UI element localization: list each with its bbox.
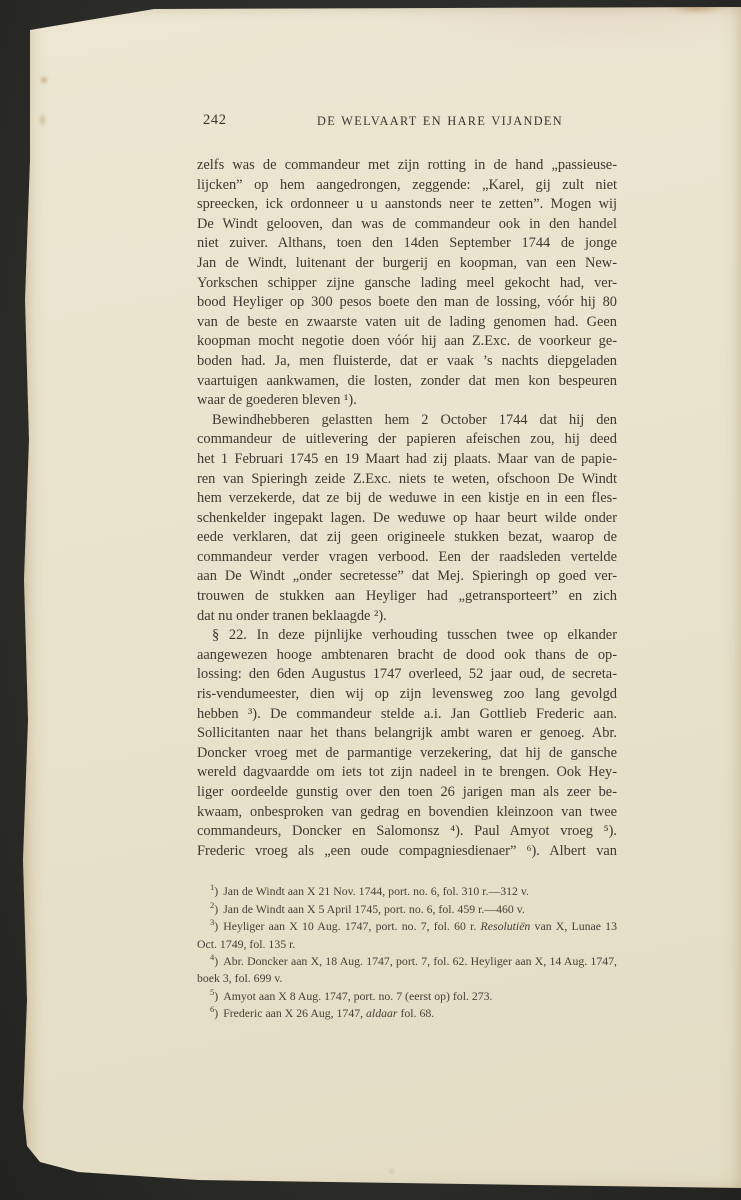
running-title: DE WELVAART EN HARE VIJANDEN (317, 114, 563, 129)
text-line: ris-vendumeester, dien wij op zijn leven… (197, 685, 617, 705)
text-line: Doncker vroeg met de parmantige verzeker… (197, 744, 617, 764)
text-line: Jan de Windt, luitenant der burgerij en … (197, 254, 617, 274)
text-line: § 22. In deze pijnlijke verhouding tussc… (197, 626, 617, 646)
age-spot (106, 1174, 114, 1181)
paragraph: § 22. In deze pijnlijke verhouding tussc… (197, 626, 617, 861)
text-line: Bewindhebberen gelastten hem 2 October 1… (197, 411, 617, 431)
footnote-text: boek 3, fol. 699 v. (197, 971, 282, 985)
text-line: Yorkschen schipper zijne gansche lading … (197, 274, 617, 294)
text-line: dat nu onder tranen beklaagde ²). (197, 607, 617, 627)
text-line: vaartuigen aankwamen, die losten, zonder… (197, 372, 617, 392)
text-line: ren van Spieringh zeide Z.Exc. niets te … (197, 470, 617, 490)
footnote-text: Abr. Doncker aan X, 18 Aug. 1747, port. … (223, 954, 617, 968)
footnote-line: Oct. 1749, fol. 135 r. (197, 936, 617, 953)
text-line: aan De Windt „onder secretesse” dat Mej.… (197, 567, 617, 587)
text-line: zelfs was de commandeur met zijn rotting… (197, 156, 617, 176)
text-line: Frederic vroeg als „een oude compagniesd… (197, 842, 617, 862)
footnote-text: Jan de Windt aan X 21 Nov. 1744, port. n… (223, 884, 529, 898)
footnote-marker: 3) (210, 919, 218, 933)
footnote-line: boek 3, fol. 699 v. (197, 970, 617, 987)
age-spot (215, 1183, 220, 1188)
footnotes: 1)Jan de Windt aan X 21 Nov. 1744, port.… (197, 883, 617, 1022)
text-line: koopman mocht negotie doen vóór hij aan … (197, 332, 617, 352)
text-line: commandeur de uitlevering der papieren a… (197, 430, 617, 450)
text-line: lijcken” op hem aangedrongen, zeggende: … (197, 176, 617, 196)
footnote-line: 6)Frederic aan X 26 Aug, 1747, aldaar fo… (197, 1005, 617, 1022)
text-line: niet zuiver. Althans, toen den 14den Sep… (197, 234, 617, 254)
text-line: wereld dagvaardde om iets tot zijn nadee… (197, 763, 617, 783)
text-line: boden had. Ja, men fluisterde, dat er va… (197, 352, 617, 372)
scanned-book-page: 242 DE WELVAART EN HARE VIJANDEN zelfs w… (0, 0, 741, 1200)
text-line: het 1 Februari 1745 en 19 Maart had zij … (197, 450, 617, 470)
text-line: Sollicitanten naar het thans belangrijk … (197, 724, 617, 744)
footnote-italic-text: Resolutiën (481, 919, 531, 933)
footnote-text: Jan de Windt aan X 5 April 1745, port. n… (223, 902, 525, 916)
footnote-italic-text: aldaar (366, 1006, 397, 1020)
text-line: hem verzekerde, dat ze bij de weduwe in … (197, 489, 617, 509)
text-line: aangewezen hooge ambtenaren bracht de do… (197, 646, 617, 666)
text-line: lossing: den 6den Augustus 1747 overleed… (197, 665, 617, 685)
page-header: 242 DE WELVAART EN HARE VIJANDEN (197, 112, 617, 130)
footnote-text: Heyliger aan X 10 Aug. 1747, port. no. 7… (223, 919, 480, 933)
paragraph: Bewindhebberen gelastten hem 2 October 1… (197, 411, 617, 627)
footnote-line: 3)Heyliger aan X 10 Aug. 1747, port. no.… (197, 918, 617, 935)
body-text: zelfs was de commandeur met zijn rotting… (197, 156, 617, 861)
footnote-line: 2)Jan de Windt aan X 5 April 1745, port.… (197, 901, 617, 918)
text-line: van de beste en zwaarste vaten uit de la… (197, 313, 617, 333)
footnote-text: van X, Lunae 13 (530, 919, 617, 933)
age-spot (39, 76, 49, 84)
book-page: 242 DE WELVAART EN HARE VIJANDEN zelfs w… (18, 0, 741, 1196)
text-line: eede verklaren, dat zij geen origineele … (197, 528, 617, 548)
age-spot (38, 112, 47, 128)
text-line: De Windt gelooven, dan was de commandeur… (197, 215, 617, 235)
text-line: liger oordeelde gunstig over den toen 26… (197, 783, 617, 803)
text-line: schenkelder ingepakt lagen. De weduwe op… (197, 509, 617, 529)
text-line: commandeurs, Doncker en Salomonsz ⁴). Pa… (197, 822, 617, 842)
footnote-line: 5)Amyot aan X 8 Aug. 1747, port. no. 7 (… (197, 988, 617, 1005)
footnote-marker: 2) (210, 902, 218, 916)
text-line: waar de goederen bleven ¹). (197, 391, 617, 411)
footnote-text: Oct. 1749, fol. 135 r. (197, 937, 295, 951)
text-column: zelfs was de commandeur met zijn rotting… (197, 156, 617, 1023)
footnote-marker: 6) (210, 1006, 218, 1020)
text-line: trouwen de stukken aan Heyliger had „get… (197, 587, 617, 607)
footnote-text: Frederic aan X 26 Aug, 1747, (223, 1006, 366, 1020)
footnote-line: 4)Abr. Doncker aan X, 18 Aug. 1747, port… (197, 953, 617, 970)
paragraph: zelfs was de commandeur met zijn rotting… (197, 156, 617, 411)
footnote-text: Amyot aan X 8 Aug. 1747, port. no. 7 (ee… (223, 989, 492, 1003)
text-line: bood Heyliger op 300 pesos boete den man… (197, 293, 617, 313)
footnote-marker: 1) (210, 884, 218, 898)
footnote-line: 1)Jan de Windt aan X 21 Nov. 1744, port.… (197, 883, 617, 900)
age-spot (668, 2, 726, 13)
footnote-text: fol. 68. (398, 1006, 435, 1020)
footnote-marker: 5) (210, 989, 218, 1003)
text-line: commandeur verder vragen verbood. Een de… (197, 548, 617, 568)
text-line: hebben ³). De commandeur stelde a.i. Jan… (197, 705, 617, 725)
footnote-marker: 4) (210, 954, 218, 968)
page-number: 242 (203, 112, 227, 129)
text-line: spreecken, ick ordonneer u u aanstonds n… (197, 195, 617, 215)
age-spot (388, 1168, 395, 1174)
text-line: kwaam, onbesproken van gedrag en bovendi… (197, 803, 617, 823)
